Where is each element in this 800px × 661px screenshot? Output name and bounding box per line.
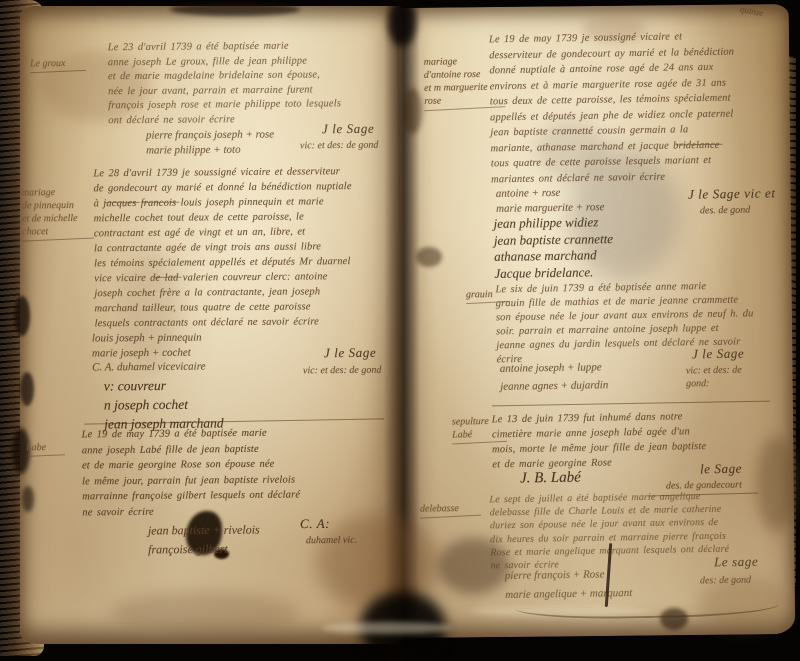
witness-signatures-bold: J. B. Labé xyxy=(520,469,581,488)
record-body: Le 19 de may 1739 je soussigné vicaire e… xyxy=(489,28,793,188)
officiant-title: vic: et des: de gond: xyxy=(686,364,742,391)
record-body: Le 19 de may 1739 a été baptisée marie a… xyxy=(82,425,395,521)
witness-signatures: jean baptiste + rivelois françoise gilbe… xyxy=(148,521,260,560)
officiant-title: des. de gond xyxy=(700,204,750,218)
record-body: Le 13 de juin 1739 fut inhumé dans notre… xyxy=(492,408,793,473)
witness-signatures-bold: jean philippe widiez jean baptiste crann… xyxy=(493,214,613,282)
witness-signatures: louis joseph + pinnequin marie joseph + … xyxy=(92,331,206,375)
margin-note: Labe xyxy=(26,441,76,456)
margin-note: Le groux xyxy=(30,57,102,73)
officiant-signature: J le Sage xyxy=(324,345,376,361)
officiant-title: vic: et des: de gond xyxy=(303,364,381,378)
record-body: Le 28 d'avril 1739 je soussigné vicaire … xyxy=(93,164,396,332)
officiant-signature: le Sage xyxy=(700,461,742,478)
witness-signatures: antoine joseph + luppe jeanne agnes + du… xyxy=(500,358,609,396)
officiant-title: duhamel vic. xyxy=(306,534,357,547)
witness-signatures: pierre françois joseph + rose marie phil… xyxy=(146,127,274,158)
officiant-signature: C. A: xyxy=(300,516,330,532)
witness-signatures-bold: v: couvreur n joseph cochet jean joseph … xyxy=(104,375,224,433)
manuscript-photo: quinze Le groux Le 23 d'avril 1739 a été… xyxy=(0,0,800,661)
witness-signatures: pierre françois + Rose marie angelique +… xyxy=(505,565,633,605)
witness-signatures: antoine + rose marie marguerite + rose xyxy=(496,185,605,217)
margin-note: delebasse xyxy=(420,501,498,517)
officiant-signature: Le sage xyxy=(714,554,759,571)
officiant-title: vic: et des: de gond xyxy=(300,139,378,153)
officiant-signature: J le Sage xyxy=(692,346,745,363)
officiant-signature: J le Sage vic et xyxy=(688,185,776,202)
officiant-signature: J le Sage xyxy=(322,121,374,137)
officiant-title: des: de gond xyxy=(700,574,751,588)
record-body: Le six de juin 1739 a été baptisée anne … xyxy=(495,279,792,368)
record-body: Le 23 d'avril 1739 a été baptisée marie … xyxy=(108,39,401,129)
